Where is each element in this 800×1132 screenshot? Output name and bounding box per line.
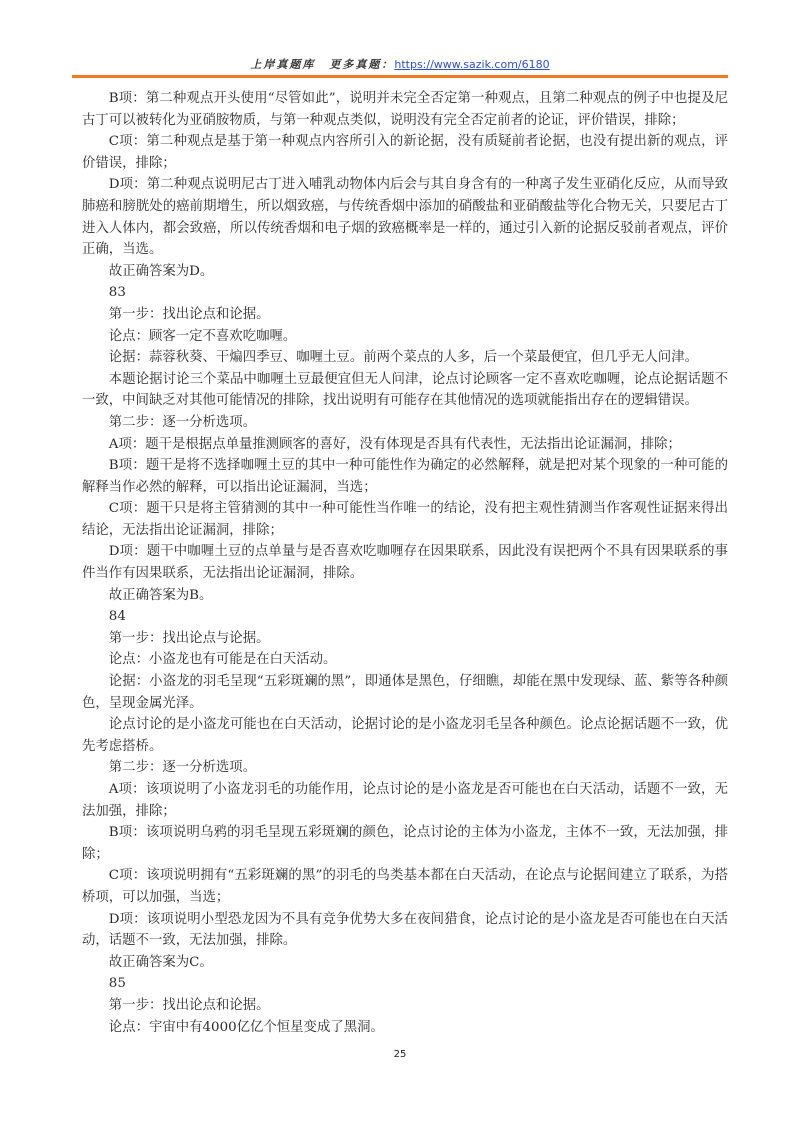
- option-analysis: D项：该项说明小型恐龙因为不具有竞争优势大多在夜间猎食，论点讨论的是小盗龙是否可…: [82, 909, 728, 952]
- answer-line: 故正确答案为D。: [82, 261, 728, 283]
- step-heading: 第一步：找出论点和论据。: [82, 995, 728, 1017]
- step-heading: 第一步：找出论点和论据。: [82, 304, 728, 326]
- question-number: 84: [82, 606, 728, 628]
- question-number: 85: [82, 973, 728, 995]
- header-more-label: 更多真题：: [329, 58, 394, 71]
- answer-line: 故正确答案为C。: [82, 952, 728, 974]
- paragraph: 论点：顾客一定不喜欢吃咖喱。: [82, 326, 728, 348]
- paragraph: D项：第二种观点说明尼古丁进入哺乳动物体内后会与其自身含有的一种离子发生亚硝化反…: [82, 174, 728, 260]
- paragraph: 论点讨论的是小盗龙可能也在白天活动，论据讨论的是小盗龙羽毛呈各种颜色。论点论据话…: [82, 714, 728, 757]
- document-body: B项：第二种观点开头使用“尽管如此”，说明并未完全否定第一种观点，且第二种观点的…: [82, 88, 728, 1038]
- paragraph: 论点：宇宙中有4000亿亿个恒星变成了黑洞。: [82, 1017, 728, 1039]
- answer-line: 故正确答案为B。: [82, 585, 728, 607]
- header-divider: [72, 75, 728, 78]
- paragraph: B项：第二种观点开头使用“尽管如此”，说明并未完全否定第一种观点，且第二种观点的…: [82, 88, 728, 131]
- header-brand: 上岸真题库: [250, 58, 315, 71]
- step-heading: 第一步：找出论点与论据。: [82, 628, 728, 650]
- option-analysis: A项：题干是根据点单量推测顾客的喜好，没有体现是否具有代表性，无法指出论证漏洞，…: [82, 434, 728, 456]
- page-header: 上岸真题库更多真题：https://www.sazik.com/6180: [0, 58, 800, 72]
- paragraph: C项：第二种观点是基于第一种观点内容所引入的新论据，没有质疑前者论据，也没有提出…: [82, 131, 728, 174]
- paragraph: 论点：小盗龙也有可能是在白天活动。: [82, 649, 728, 671]
- paragraph: 论据：小盗龙的羽毛呈现“五彩斑斓的黑”，即通体是黑色，仔细瞧，却能在黑中发现绿、…: [82, 671, 728, 714]
- option-analysis: D项：题干中咖喱土豆的点单量与是否喜欢吃咖喱存在因果联系，因此没有误把两个不具有…: [82, 541, 728, 584]
- option-analysis: C项：该项说明拥有“五彩斑斓的黑”的羽毛的鸟类基本都在白天活动，在论点与论据间建…: [82, 865, 728, 908]
- option-analysis: B项：该项说明乌鸦的羽毛呈现五彩斑斓的颜色，论点讨论的主体为小盗龙，主体不一致，…: [82, 822, 728, 865]
- option-analysis: A项：该项说明了小盗龙羽毛的功能作用，论点讨论的是小盗龙是否可能也在白天活动，话…: [82, 779, 728, 822]
- paragraph: 本题论据讨论三个菜品中咖喱土豆最便宜但无人问津，论点讨论顾客一定不喜欢吃咖喱，论…: [82, 369, 728, 412]
- step-heading: 第二步：逐一分析选项。: [82, 757, 728, 779]
- page-number: 25: [0, 1049, 800, 1060]
- question-number: 83: [82, 282, 728, 304]
- option-analysis: B项：题干是将不选择咖喱土豆的其中一种可能性作为确定的必然解释，就是把对某个现象…: [82, 455, 728, 498]
- option-analysis: C项：题干只是将主管猜测的其中一种可能性当作唯一的结论，没有把主观性猜测当作客观…: [82, 498, 728, 541]
- step-heading: 第二步：逐一分析选项。: [82, 412, 728, 434]
- paragraph: 论据：蒜蓉秋葵、干煸四季豆、咖喱土豆。前两个菜点的人多，后一个菜最便宜，但几乎无…: [82, 347, 728, 369]
- header-url-link[interactable]: https://www.sazik.com/6180: [394, 58, 549, 71]
